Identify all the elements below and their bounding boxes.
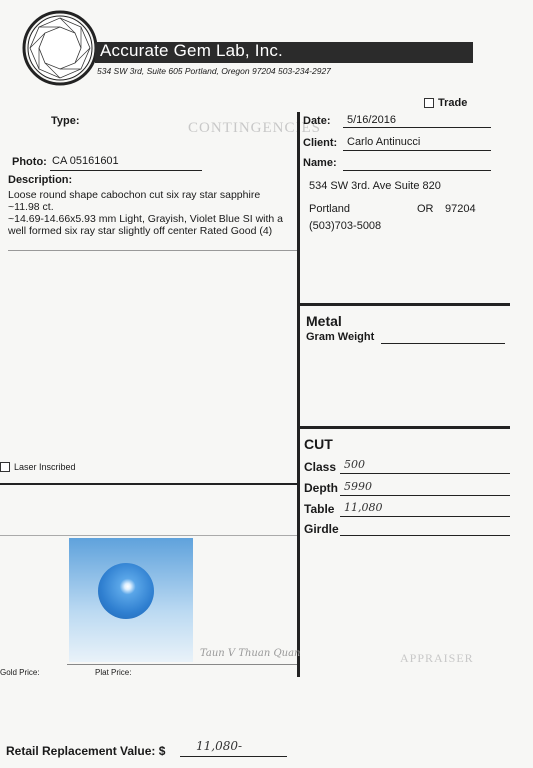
girdle-label: Girdle — [304, 522, 339, 536]
description-text[interactable]: Loose round shape cabochon cut six ray s… — [8, 189, 293, 237]
laser-inscribed-checkbox[interactable]: Laser Inscribed — [0, 462, 76, 472]
metal-section-divider — [297, 303, 510, 306]
name-underline — [343, 170, 491, 171]
depth-label: Depth — [304, 481, 338, 495]
background-heading: CONTINGENCIES — [188, 120, 321, 137]
description-line-2: ~14.69-14.66x5.93 mm Light, Grayish, Vio… — [8, 213, 293, 237]
checkbox-icon — [0, 462, 10, 472]
description-label: Description: — [8, 174, 72, 186]
company-address: 534 SW 3rd, Suite 605 Portland, Oregon 9… — [97, 66, 331, 76]
checkbox-icon — [424, 98, 434, 108]
column-divider — [297, 112, 300, 677]
table-value[interactable]: 11,080 — [344, 501, 383, 514]
dashed-divider — [0, 535, 297, 536]
zip-value[interactable]: 97204 — [445, 203, 476, 215]
state-value[interactable]: OR — [417, 203, 434, 215]
table-label: Table — [304, 502, 334, 516]
type-label: Type: — [51, 115, 80, 127]
trade-label: Trade — [438, 97, 467, 109]
date-value[interactable]: 5/16/2016 — [347, 114, 396, 126]
phone-value[interactable]: (503)703-5008 — [309, 220, 381, 232]
photo-label: Photo: — [12, 156, 47, 168]
gram-weight-label: Gram Weight — [306, 331, 374, 343]
round-brilliant-diamond-icon — [22, 10, 98, 86]
gold-price-label: Gold Price: — [0, 668, 40, 677]
date-underline — [343, 127, 491, 128]
client-underline — [343, 150, 491, 151]
class-value[interactable]: 500 — [344, 458, 365, 471]
cut-section-divider — [297, 426, 510, 429]
laser-inscribed-label: Laser Inscribed — [14, 462, 76, 472]
signature-line — [67, 664, 297, 665]
date-label: Date: — [303, 115, 331, 127]
star-sapphire-image — [98, 563, 154, 619]
class-underline — [340, 473, 510, 474]
table-underline — [340, 516, 510, 517]
depth-underline — [340, 495, 510, 496]
trade-checkbox[interactable]: Trade — [424, 97, 467, 109]
photo-value[interactable]: CA 05161601 — [52, 155, 119, 167]
description-line-1: Loose round shape cabochon cut six ray s… — [8, 189, 293, 213]
depth-value[interactable]: 5990 — [344, 480, 372, 493]
gram-weight-underline — [381, 343, 505, 344]
metal-heading: Metal — [306, 313, 342, 329]
name-label: Name: — [303, 157, 337, 169]
plat-price-label: Plat Price: — [95, 668, 131, 677]
cut-heading: CUT — [304, 436, 333, 452]
retail-value-label: Retail Replacement Value: $ — [6, 744, 165, 758]
description-underline — [8, 250, 297, 251]
retail-value-underline — [180, 756, 287, 757]
class-label: Class — [304, 460, 336, 474]
signature: Taun V Thuan Quan — [200, 648, 301, 659]
photo-underline — [50, 170, 202, 171]
address-line[interactable]: 534 SW 3rd. Ave Suite 820 — [309, 180, 441, 192]
client-value[interactable]: Carlo Antinucci — [347, 136, 420, 148]
section-divider-left — [0, 483, 297, 485]
city-value[interactable]: Portland — [309, 203, 350, 215]
company-name: Accurate Gem Lab, Inc. — [100, 41, 283, 61]
retail-value[interactable]: 11,080- — [196, 739, 242, 753]
client-label: Client: — [303, 137, 337, 149]
background-appraiser: APPRAISER — [400, 651, 474, 666]
girdle-underline — [340, 535, 510, 536]
